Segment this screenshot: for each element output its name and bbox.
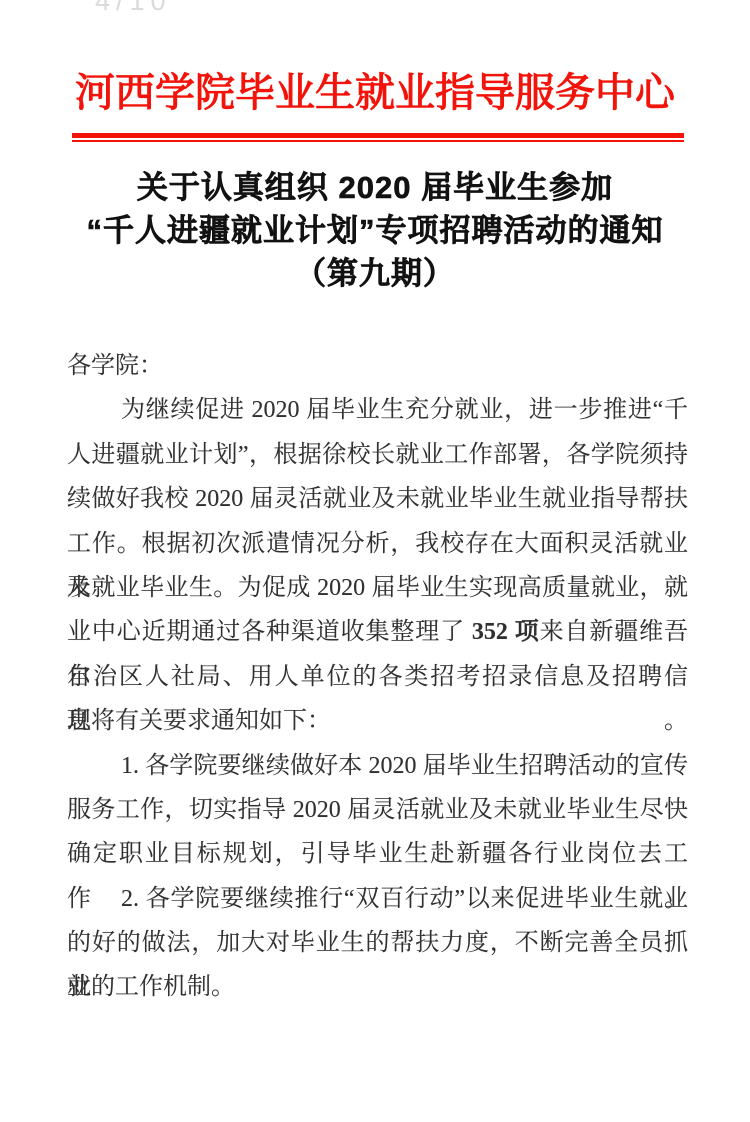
body-segment: 业的工作机制。 [67, 974, 235, 1000]
body-segment: 业中心近期通过各种渠道收集整理了 [67, 619, 472, 645]
body-segment: 2. 各学院要继续推行“双百行动”以来促进毕业生就业 [121, 886, 688, 912]
divider-thin-line [72, 140, 684, 142]
body-line: 服务工作，切实指导 2020 届灵活就业及未就业毕业生尽快 [67, 788, 688, 832]
masthead-divider [72, 133, 684, 142]
body-segment: 各学院： [67, 353, 163, 379]
body-line: 工作。根据初次派遣情况分析，我校存在大面积灵活就业及 [67, 522, 688, 566]
body-line: 人进疆就业计划”，根据徐校长就业工作部署，各学院须持 [67, 433, 688, 477]
body-line: 各学院： [67, 344, 688, 388]
body-text: 各学院：为继续促进 2020 届毕业生充分就业，进一步推进“千人进疆就业计划”，… [67, 344, 688, 1010]
body-line: 确定职业目标规划，引导毕业生赴新疆各行业岗位去工作。 [67, 832, 688, 876]
body-line: 2. 各学院要继续推行“双百行动”以来促进毕业生就业 [67, 877, 688, 921]
body-line: 1. 各学院要继续做好本 2020 届毕业生招聘活动的宣传 [67, 744, 688, 788]
body-line: 续做好我校 2020 届灵活就业及未就业毕业生就业指导帮扶 [67, 477, 688, 521]
document-page: 4/10 河西学院毕业生就业指导服务中心 关于认真组织 2020 届毕业生参加 … [0, 0, 750, 1122]
body-line: 业的工作机制。 [67, 965, 688, 1009]
body-segment: 服务工作，切实指导 2020 届灵活就业及未就业毕业生尽快 [67, 797, 688, 823]
page-indicator: 4/10 [95, 0, 172, 17]
body-line: 未就业毕业生。为促成 2020 届毕业生实现高质量就业，就 [67, 566, 688, 610]
body-segment: 人进疆就业计划”，根据徐校长就业工作部署，各学院须持 [67, 442, 688, 468]
body-segment: 续做好我校 2020 届灵活就业及未就业毕业生就业指导帮扶 [67, 486, 688, 512]
notice-title: 关于认真组织 2020 届毕业生参加 “千人进疆就业计划”专项招聘活动的通知 （… [0, 166, 750, 295]
body-line: 的好的做法，加大对毕业生的帮扶力度，不断完善全员抓就 [67, 921, 688, 965]
body-segment: 为继续促进 2020 届毕业生充分就业，进一步推进“千 [121, 397, 688, 423]
body-line: 为继续促进 2020 届毕业生充分就业，进一步推进“千 [67, 388, 688, 432]
masthead-org-title: 河西学院毕业生就业指导服务中心 [0, 68, 750, 118]
body-segment: 1. 各学院要继续做好本 2020 届毕业生招聘活动的宣传 [121, 753, 688, 779]
notice-title-line-1: 关于认真组织 2020 届毕业生参加 [0, 166, 750, 209]
body-segment: 现将有关要求通知如下： [67, 708, 331, 734]
body-line: 业中心近期通过各种渠道收集整理了 352 项来自新疆维吾尔 [67, 610, 688, 654]
body-segment: 未就业毕业生。为促成 2020 届毕业生实现高质量就业，就 [67, 575, 688, 601]
notice-title-line-3: （第九期） [0, 252, 750, 295]
body-bold-segment: 352 项 [472, 619, 540, 645]
notice-title-line-2: “千人进疆就业计划”专项招聘活动的通知 [0, 209, 750, 252]
body-line: 自治区人社局、用人单位的各类招考招录信息及招聘信息。 [67, 655, 688, 699]
